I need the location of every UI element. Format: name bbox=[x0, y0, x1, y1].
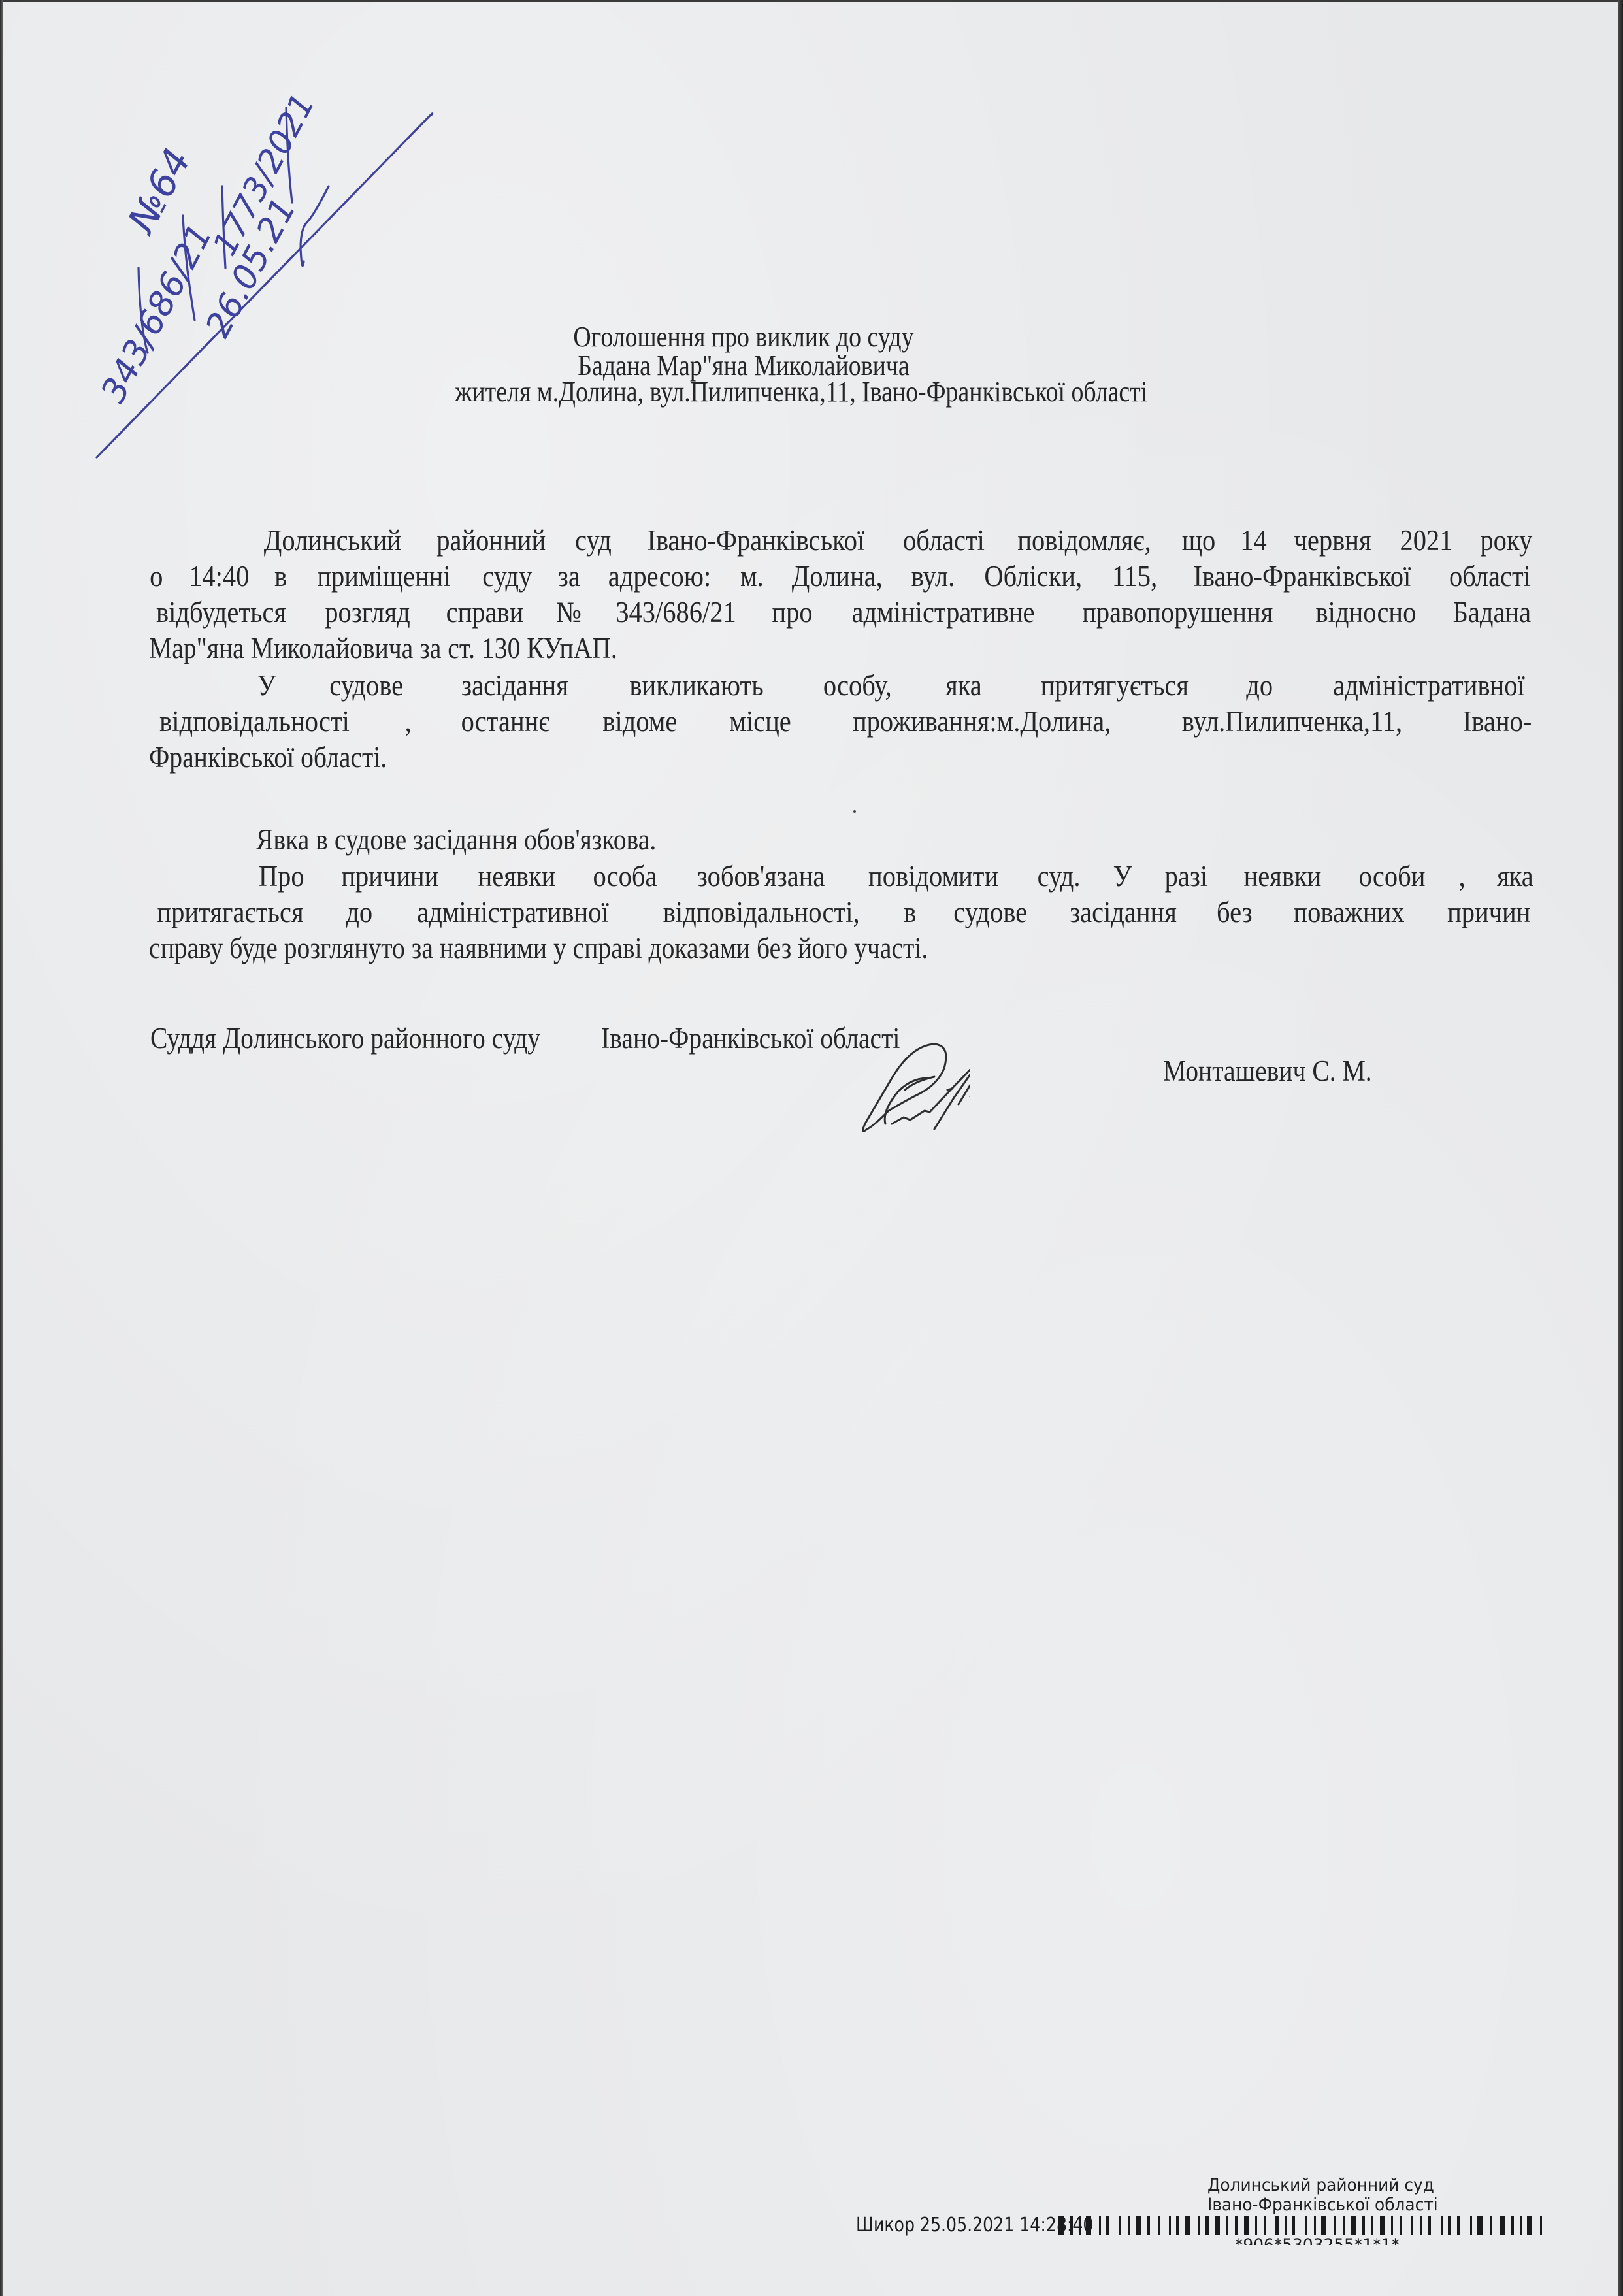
word: Івано-Франківської bbox=[1194, 559, 1411, 595]
word: засідання bbox=[461, 668, 568, 704]
word: Долина, bbox=[791, 559, 882, 595]
paragraph-attendance-mandatory: Явка в судове засідання обов'язкова. bbox=[149, 822, 1535, 858]
notice-title: Оголошення про виклик до суду bbox=[0, 323, 1555, 352]
text-line: відповідальності,останнєвідомемісцепрожи… bbox=[149, 704, 1535, 740]
word: особу, bbox=[823, 668, 892, 704]
word: про bbox=[772, 595, 813, 631]
word: до bbox=[1246, 668, 1273, 704]
word: районний bbox=[436, 523, 546, 559]
word: Долинський bbox=[264, 523, 401, 559]
word: правопорушення bbox=[1082, 595, 1273, 631]
word: Івано- bbox=[1463, 704, 1532, 740]
word: суд bbox=[575, 523, 612, 559]
word: 2021 bbox=[1400, 523, 1453, 559]
word: справи bbox=[446, 595, 524, 631]
word: 14 bbox=[1241, 523, 1268, 559]
word: відносно bbox=[1316, 595, 1417, 631]
word: притягається bbox=[157, 894, 303, 930]
barcode bbox=[1058, 2216, 1547, 2235]
word: адміністративної bbox=[417, 894, 608, 930]
word: № bbox=[556, 595, 582, 631]
word: Івано-Франківської bbox=[647, 523, 864, 559]
word: неявки bbox=[1243, 859, 1321, 894]
word: відбудеться bbox=[156, 595, 286, 631]
stamp-court-line2: Івано-Франківської області bbox=[1207, 2195, 1438, 2215]
scanned-page: №64 343/686/21 1773/2021 26.05.21 Оголош… bbox=[0, 0, 1623, 2296]
paragraph-absence-consequences: Пропричининеявкиособазобов'язанаповідоми… bbox=[149, 859, 1535, 966]
text-line: о14:40вприміщеннісудузаадресою:м.Долина,… bbox=[149, 559, 1535, 595]
word: відповідальності, bbox=[663, 894, 859, 930]
word: останнє bbox=[461, 704, 549, 740]
word: У bbox=[257, 668, 276, 704]
word: області bbox=[902, 523, 984, 559]
word: судове bbox=[953, 894, 1027, 930]
word: Обліски, bbox=[985, 559, 1083, 595]
text-line: справу буде розглянуто за наявними у спр… bbox=[149, 930, 1535, 966]
word: причини bbox=[342, 859, 439, 894]
word: засідання bbox=[1070, 894, 1177, 930]
word: відповідальності bbox=[159, 704, 350, 740]
word: поважних bbox=[1293, 894, 1404, 930]
word: 115, bbox=[1112, 559, 1157, 595]
word: неявки bbox=[478, 859, 556, 894]
stamp-court-line1: Долинський районний суд bbox=[1207, 2176, 1438, 2195]
word: Про bbox=[259, 859, 304, 894]
word: вул.Пилипченка,11, bbox=[1182, 704, 1402, 740]
word: адресою: bbox=[608, 559, 712, 595]
word: адміністративної bbox=[1333, 668, 1524, 704]
notice-person-address: жителя м.Долина, вул.Пилипченка,11, Іван… bbox=[0, 378, 1613, 406]
word: м. bbox=[740, 559, 764, 595]
word: адміністративне bbox=[852, 595, 1035, 631]
word: 14:40 bbox=[189, 559, 249, 595]
word: місце bbox=[729, 704, 791, 740]
word: особи bbox=[1358, 859, 1425, 894]
word: У bbox=[1113, 859, 1132, 894]
word: яка bbox=[945, 668, 982, 704]
paragraph-hearing-details: ДолинськийрайоннийсудІвано-Франківськоїо… bbox=[149, 523, 1535, 666]
text-line: відбудетьсярозглядсправи№343/686/21проад… bbox=[149, 595, 1535, 631]
word: в bbox=[904, 894, 916, 930]
text-line: Усудовезасіданнявикликаютьособу,якапритя… bbox=[149, 668, 1535, 704]
word: яка bbox=[1497, 859, 1533, 894]
word: розгляд bbox=[325, 595, 410, 631]
word: , bbox=[404, 704, 411, 740]
handwritten-registration-annotation: №64 343/686/21 1773/2021 26.05.21 bbox=[0, 0, 523, 523]
word: за bbox=[557, 559, 580, 595]
stamp-registrar-timestamp: Шикор 25.05.2021 14:28:40 bbox=[856, 2215, 1026, 2236]
word: викликають bbox=[630, 668, 764, 704]
text-line: Пропричининеявкиособазобов'язанаповідоми… bbox=[149, 859, 1535, 894]
word: притягується bbox=[1040, 668, 1188, 704]
word: 343/686/21 bbox=[616, 595, 737, 631]
word: повідомляє, bbox=[1018, 523, 1151, 559]
text-line: Мар"яна Миколайовича за ст. 130 КУпАП. bbox=[149, 631, 1535, 666]
word: о bbox=[150, 559, 163, 595]
judge-name: Монташевич С. М. bbox=[1163, 1052, 1372, 1090]
word: особа bbox=[593, 859, 657, 894]
word: області bbox=[1449, 559, 1531, 595]
word: суду bbox=[482, 559, 532, 595]
word: повідомити bbox=[868, 859, 998, 894]
word: Бадана bbox=[1453, 595, 1531, 631]
text-line: притягаєтьсядоадміністративноївідповідал… bbox=[149, 894, 1535, 930]
word: року bbox=[1481, 523, 1533, 559]
word: в bbox=[274, 559, 287, 595]
word: вул. bbox=[911, 559, 955, 595]
text-line: Франківської області. bbox=[149, 740, 1535, 776]
word: відоме bbox=[603, 704, 678, 740]
judge-signature bbox=[820, 1013, 970, 1150]
stamp-court-name: Долинський районний суд Івано-Франківськ… bbox=[1207, 2176, 1438, 2215]
barcode-number: *906*5303255*1*1* bbox=[1235, 2235, 1400, 2245]
scan-edge-right bbox=[1618, 0, 1623, 2296]
word: причин bbox=[1448, 894, 1531, 930]
word: проживання:м.Долина, bbox=[853, 704, 1111, 740]
word: без bbox=[1217, 894, 1253, 930]
stamp-registrar-row: Шикор 25.05.2021 14:28:40 bbox=[856, 2215, 1058, 2236]
word: разі bbox=[1165, 859, 1207, 894]
word: червня bbox=[1294, 523, 1371, 559]
scan-speck bbox=[853, 810, 856, 813]
word: що bbox=[1182, 523, 1215, 559]
judge-title-line1: Суддя Долинського районного суду bbox=[150, 1019, 540, 1057]
text-line: Явка в судове засідання обов'язкова. bbox=[149, 822, 1535, 858]
word: зобов'язана bbox=[697, 859, 825, 894]
word: приміщенні bbox=[317, 559, 450, 595]
word: суд. bbox=[1038, 859, 1081, 894]
word: судове bbox=[329, 668, 403, 704]
word: до bbox=[346, 894, 372, 930]
paragraph-summons: Усудовезасіданнявикликаютьособу,якапритя… bbox=[149, 668, 1535, 776]
word: , bbox=[1458, 859, 1465, 894]
text-line: ДолинськийрайоннийсудІвано-Франківськоїо… bbox=[149, 523, 1535, 559]
